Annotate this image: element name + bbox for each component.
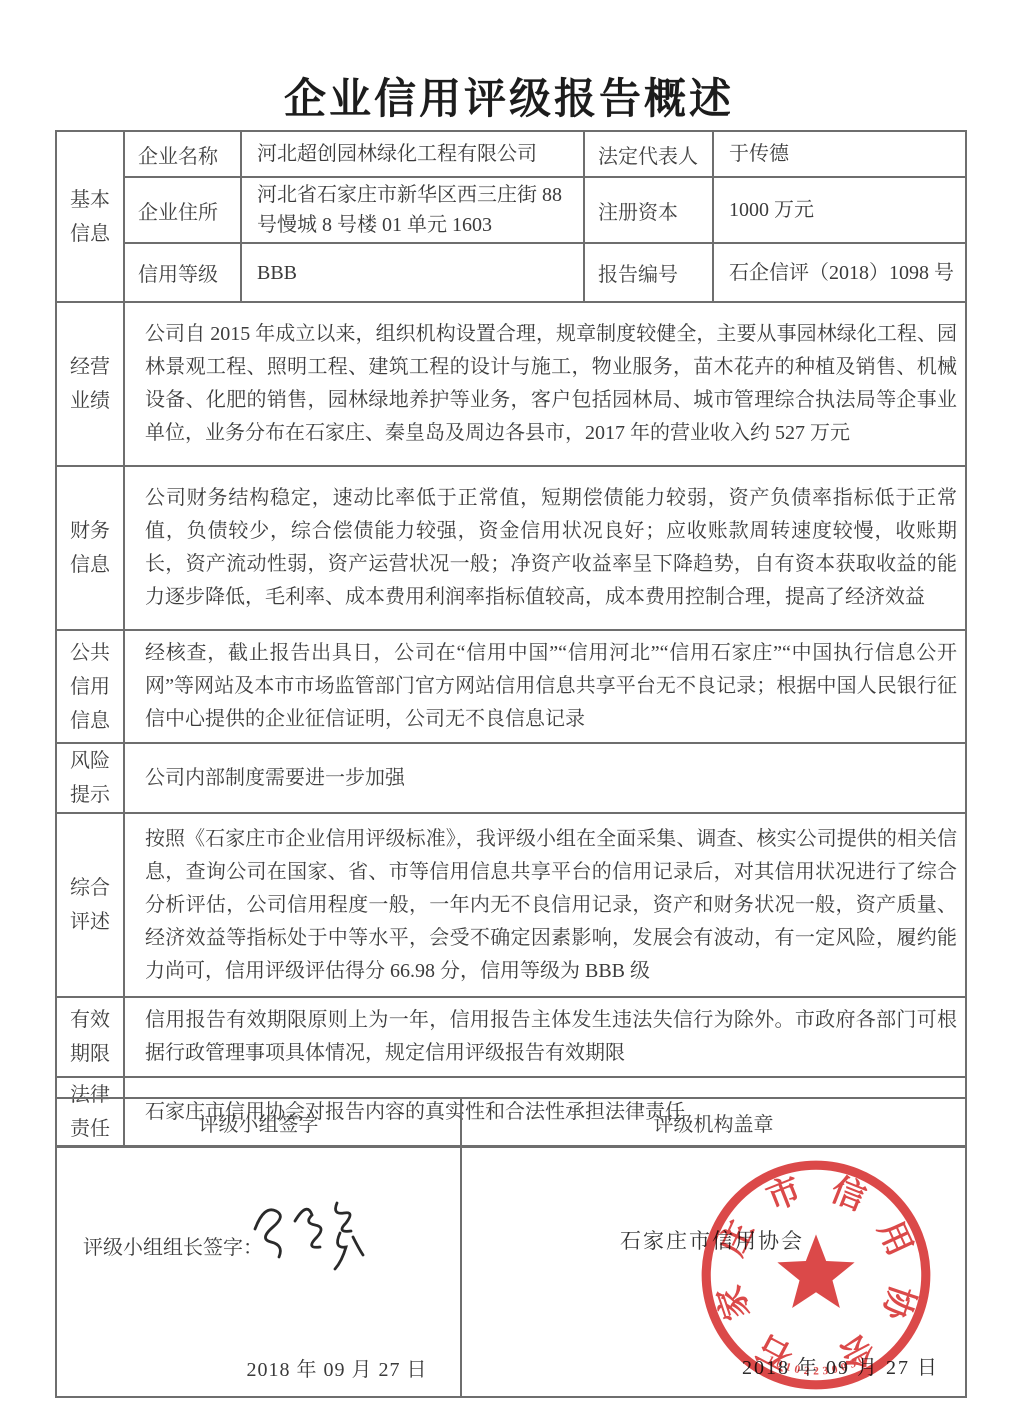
leader-signature-label: 评级小组组长签字： xyxy=(83,1231,263,1260)
field-label-company-address: 企业住所 xyxy=(124,177,241,243)
table-row: 基本信息 企业名称 河北超创园林绿化工程有限公司 法定代表人 于传德 xyxy=(56,131,966,177)
field-label-registered-capital: 注册资本 xyxy=(584,177,713,243)
section-text-validity-period: 信用报告有效期限原则上为一年，信用报告主体发生违法失信行为除外。市政府各部门可根… xyxy=(124,997,966,1077)
section-header-validity-period: 有效期限 xyxy=(56,997,124,1077)
sig-left-date: 2018 年 09 月 27 日 xyxy=(232,1353,442,1382)
field-label-legal-representative: 法定代表人 xyxy=(584,131,713,177)
svg-text:2: 2 xyxy=(813,1366,819,1378)
section-text-public-credit-info: 经核查，截止报告出具日，公司在“信用中国”“信用河北”“信用石家庄”“中国执行信… xyxy=(124,630,966,743)
page-title: 企业信用评级报告概述 xyxy=(0,66,1018,126)
table-row: 有效期限 信用报告有效期限原则上为一年，信用报告主体发生违法失信行为除外。市政府… xyxy=(56,997,966,1077)
sig-left-header: 评级小组签字 xyxy=(56,1098,461,1146)
field-label-company-name: 企业名称 xyxy=(124,131,241,177)
document-page: 企业信用评级报告概述 基本信息 企业名称 河北超创园林绿化工程有限公司 法定代表… xyxy=(0,0,1018,1418)
field-value-credit-rating: BBB xyxy=(241,243,584,302)
field-value-legal-representative: 于传德 xyxy=(713,131,966,177)
sig-right-cell: 石家庄市信用协会 2018 年 09 月 27 日 石家庄市信用协会101022… xyxy=(461,1146,966,1397)
sig-right-header: 评级机构盖章 xyxy=(461,1098,966,1146)
table-row: 综合评述 按照《石家庄市企业信用评级标准》，我评级小组在全面采集、调查、核实公司… xyxy=(56,813,966,997)
field-value-company-name: 河北超创园林绿化工程有限公司 xyxy=(241,131,584,177)
section-text-risk-warning: 公司内部制度需要进一步加强 xyxy=(124,743,966,813)
table-row: 财务信息 公司财务结构稳定，速动比率低于正常值，短期偿债能力较弱，资产负债率指标… xyxy=(56,466,966,630)
svg-text:0: 0 xyxy=(793,1363,801,1376)
section-text-overall-assessment: 按照《石家庄市企业信用评级标准》，我评级小组在全面采集、调查、核实公司提供的相关… xyxy=(124,813,966,997)
seal-stamp: 石家庄市信用协会10102230030 xyxy=(694,1153,938,1397)
section-text-financial-info: 公司财务结构稳定，速动比率低于正常值，短期偿债能力较弱，资产负债率指标低于正常值… xyxy=(124,466,966,630)
field-value-company-address: 河北省石家庄市新华区西三庄街 88 号慢城 8 号楼 01 单元 1603 xyxy=(241,177,584,243)
section-header-business-performance: 经营业绩 xyxy=(56,302,124,466)
svg-text:3: 3 xyxy=(822,1365,829,1378)
table-row: 公共信用信息 经核查，截止报告出具日，公司在“信用中国”“信用河北”“信用石家庄… xyxy=(56,630,966,743)
sig-left-cell: 评级小组组长签字： 2018 年 09 月 27 日 xyxy=(56,1146,461,1397)
field-label-report-number: 报告编号 xyxy=(584,243,713,302)
section-header-financial-info: 财务信息 xyxy=(56,466,124,630)
section-header-overall-assessment: 综合评述 xyxy=(56,813,124,997)
field-label-credit-rating: 信用等级 xyxy=(124,243,241,302)
signature-table: 评级小组签字 评级机构盖章 评级小组组长签字： 20 xyxy=(55,1097,967,1398)
section-header-public-credit-info: 公共信用信息 xyxy=(56,630,124,743)
field-value-registered-capital: 1000 万元 xyxy=(713,177,966,243)
handwritten-signature xyxy=(249,1197,367,1277)
section-header-risk-warning: 风险提示 xyxy=(56,743,124,813)
table-row: 信用等级 BBB 报告编号 石企信评（2018）1098 号 xyxy=(56,243,966,302)
svg-text:2: 2 xyxy=(803,1365,810,1378)
seal-star-icon xyxy=(777,1234,854,1308)
report-table: 基本信息 企业名称 河北超创园林绿化工程有限公司 法定代表人 于传德 企业住所 … xyxy=(55,130,967,1148)
table-row: 企业住所 河北省石家庄市新华区西三庄街 88 号慢城 8 号楼 01 单元 16… xyxy=(56,177,966,243)
table-row: 评级小组组长签字： 2018 年 09 月 27 日 石家庄市信用协会 xyxy=(56,1146,966,1397)
section-text-business-performance: 公司自 2015 年成立以来，组织机构设置合理，规章制度较健全，主要从事园林绿化… xyxy=(124,302,966,466)
svg-text:0: 0 xyxy=(831,1363,839,1376)
table-row: 评级小组签字 评级机构盖章 xyxy=(56,1098,966,1146)
section-header-basic-info: 基本信息 xyxy=(56,131,124,302)
table-row: 经营业绩 公司自 2015 年成立以来，组织机构设置合理，规章制度较健全，主要从… xyxy=(56,302,966,466)
field-value-report-number: 石企信评（2018）1098 号 xyxy=(713,243,966,302)
table-row: 风险提示 公司内部制度需要进一步加强 xyxy=(56,743,966,813)
